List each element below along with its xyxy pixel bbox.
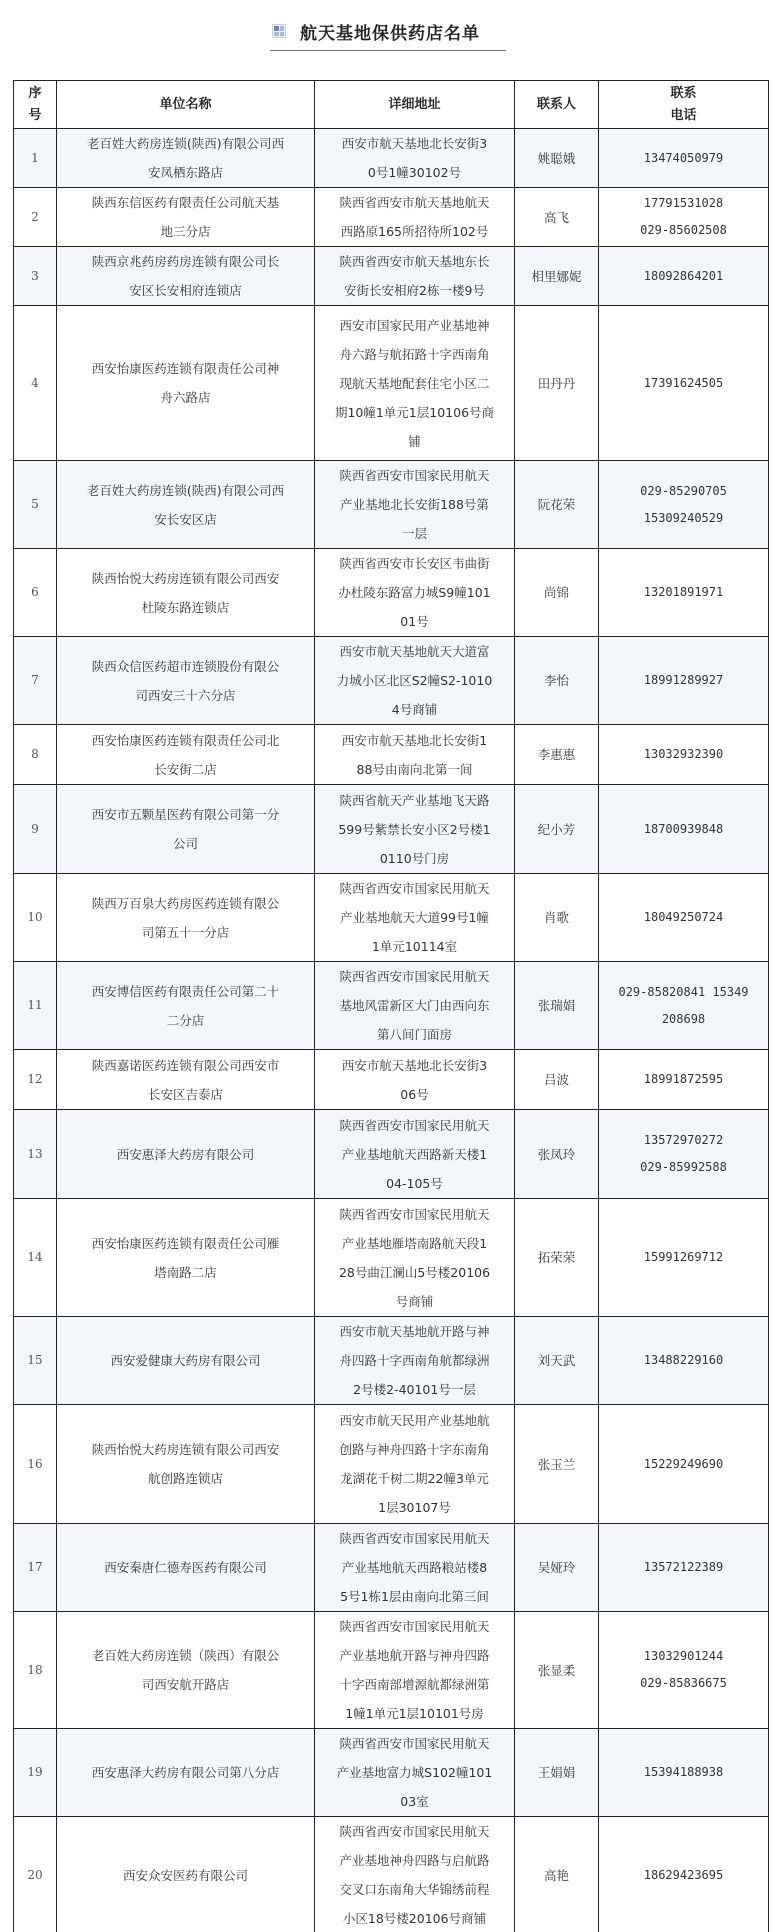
cell-name: 老百姓大药房连锁(陕西)有限公司西安长安区店 (57, 461, 315, 549)
cell-contact: 田丹丹 (515, 306, 599, 461)
phone-line: 17791531028 (603, 190, 764, 217)
cell-name: 老百姓大药房连锁（陕西）有限公司西安航开路店 (57, 1612, 315, 1729)
cell-contact: 李怡 (515, 637, 599, 725)
name-line: 杜陵东路连锁店 (61, 593, 310, 622)
table-row: 7陕西众信医药超市连锁股份有限公司西安三十六分店西安市航天基地航天大道富力城小区… (14, 637, 769, 725)
cell-contact: 纪小芳 (515, 785, 599, 874)
address-line: 0号1幢30102号 (319, 158, 510, 187)
cell-index: 18 (14, 1612, 57, 1729)
name-line: 塔南路二店 (61, 1258, 310, 1287)
table-row: 11西安博信医药有限责任公司第二十二分店陕西省西安市国家民用航天基地风雷新区大门… (14, 962, 769, 1050)
cell-address: 陕西省西安市航天基地东长安街长安相府2栋一楼9号 (315, 247, 515, 306)
phone-line: 13572122389 (603, 1554, 764, 1581)
cell-phone: 18629423695 (599, 1817, 769, 1932)
cell-contact: 张凤玲 (515, 1110, 599, 1199)
cell-phone: 029-8529070515309240529 (599, 461, 769, 549)
cell-name: 陕西京兆药房药房连锁有限公司长安区长安相府连锁店 (57, 247, 315, 306)
phone-line: 18700939848 (603, 816, 764, 843)
phone-line: 18991289927 (603, 667, 764, 694)
header-contact: 联系人 (515, 81, 599, 129)
address-line: 陕西省西安市航天基地航天 (319, 188, 510, 217)
address-line: 第八间门面房 (319, 1020, 510, 1049)
cell-address: 西安市国家民用产业基地神舟六路与航拓路十字西南角现航天基地配套住宅小区二期10幢… (315, 306, 515, 461)
table-header-row: 序 号 单位名称 详细地址 联系人 联系 电话 (14, 81, 769, 129)
cell-contact: 张瑞娟 (515, 962, 599, 1050)
table-row: 5老百姓大药房连锁(陕西)有限公司西安长安区店陕西省西安市国家民用航天产业基地北… (14, 461, 769, 549)
pharmacy-table: 序 号 单位名称 详细地址 联系人 联系 电话 1老百姓大药房连锁(陕西)有限公… (13, 80, 769, 1932)
table-row: 8西安怡康医药连锁有限责任公司北长安街二店西安市航天基地北长安街188号由南向北… (14, 725, 769, 785)
cell-contact: 相里娜妮 (515, 247, 599, 306)
cell-address: 陕西省西安市国家民用航天产业基地航天西路粮站楼85号1栋1层由南向北第三间 (315, 1524, 515, 1612)
address-line: 号商铺 (319, 1287, 510, 1316)
cell-index: 6 (14, 549, 57, 637)
address-line: 陕西省西安市国家民用航天 (319, 1817, 510, 1846)
cell-index: 15 (14, 1317, 57, 1405)
name-line: 西安博信医药有限责任公司第二十 (61, 977, 310, 1006)
name-line: 司第五十一分店 (61, 918, 310, 947)
phone-line: 029-85290705 (603, 478, 764, 505)
address-line: 西安市国家民用产业基地神 (319, 311, 510, 340)
cell-index: 19 (14, 1729, 57, 1817)
table-row: 2陕西东信医药有限责任公司航天基地三分店陕西省西安市航天基地航天西路原165所招… (14, 188, 769, 247)
address-line: 小区18号楼20106号商铺 (319, 1904, 510, 1932)
cell-index: 20 (14, 1817, 57, 1932)
cell-name: 陕西怡悦大药房连锁有限公司西安航创路连锁店 (57, 1405, 315, 1524)
address-line: 西安市航天基地航天大道富 (319, 637, 510, 666)
name-line: 司西安航开路店 (61, 1670, 310, 1699)
name-line: 安凤栖东路店 (61, 158, 310, 187)
name-line: 西安市五颗星医药有限公司第一分 (61, 800, 310, 829)
name-line: 陕西万百泉大药房医药连锁有限公 (61, 889, 310, 918)
cell-address: 陕西省西安市国家民用航天产业基地航天大道99号1幢1单元10114室 (315, 874, 515, 962)
cell-phone: 18700939848 (599, 785, 769, 874)
cell-name: 陕西嘉诺医药连锁有限公司西安市长安区吉泰店 (57, 1050, 315, 1110)
phone-line: 13488229160 (603, 1347, 764, 1374)
name-line: 陕西嘉诺医药连锁有限公司西安市 (61, 1051, 310, 1080)
name-line: 西安惠泽大药房有限公司第八分店 (61, 1758, 310, 1787)
phone-line: 13572970272 (603, 1127, 764, 1154)
grid-icon (272, 24, 286, 38)
cell-phone: 18092864201 (599, 247, 769, 306)
name-line: 西安惠泽大药房有限公司 (61, 1140, 310, 1169)
name-line: 地三分店 (61, 217, 310, 246)
address-line: 5号1栋1层由南向北第三间 (319, 1582, 510, 1611)
address-line: 28号曲江澜山5号楼20106 (319, 1258, 510, 1287)
cell-index: 13 (14, 1110, 57, 1199)
phone-line: 18629423695 (603, 1862, 764, 1889)
phone-line: 029-85820841 15349 (603, 979, 764, 1006)
address-line: 1幢1单元1层10101号房 (319, 1699, 510, 1728)
address-line: 陕西省西安市国家民用航天 (319, 461, 510, 490)
cell-contact: 尚锦 (515, 549, 599, 637)
phone-line: 13032901244 (603, 1643, 764, 1670)
address-line: 西路原165所招待所102号 (319, 217, 510, 246)
cell-index: 12 (14, 1050, 57, 1110)
table-row: 4西安怡康医药连锁有限责任公司神舟六路店西安市国家民用产业基地神舟六路与航拓路十… (14, 306, 769, 461)
address-line: 十字西南部增源航都绿洲第 (319, 1670, 510, 1699)
cell-name: 陕西怡悦大药房连锁有限公司西安杜陵东路连锁店 (57, 549, 315, 637)
address-line: 交叉口东南角大华锦绣前程 (319, 1875, 510, 1904)
cell-name: 西安惠泽大药房有限公司第八分店 (57, 1729, 315, 1817)
name-line: 安长安区店 (61, 505, 310, 534)
cell-address: 陕西省西安市国家民用航天产业基地雁塔南路航天段128号曲江澜山5号楼20106号… (315, 1199, 515, 1317)
table-row: 16陕西怡悦大药房连锁有限公司西安航创路连锁店西安市航天民用产业基地航创路与神舟… (14, 1405, 769, 1524)
cell-address: 西安市航天基地北长安街306号 (315, 1050, 515, 1110)
table-row: 6陕西怡悦大药房连锁有限公司西安杜陵东路连锁店陕西省西安市长安区韦曲街办杜陵东路… (14, 549, 769, 637)
cell-name: 西安怡康医药连锁有限责任公司北长安街二店 (57, 725, 315, 785)
cell-name: 陕西万百泉大药房医药连锁有限公司第五十一分店 (57, 874, 315, 962)
address-line: 办杜陵东路富力城S9幢101 (319, 578, 510, 607)
cell-index: 1 (14, 129, 57, 188)
cell-phone: 13032901244029-85836675 (599, 1612, 769, 1729)
cell-contact: 刘天武 (515, 1317, 599, 1405)
cell-name: 西安惠泽大药房有限公司 (57, 1110, 315, 1199)
cell-contact: 高艳 (515, 1817, 599, 1932)
address-line: 西安市航天基地北长安街1 (319, 726, 510, 755)
table-row: 12陕西嘉诺医药连锁有限公司西安市长安区吉泰店西安市航天基地北长安街306号吕波… (14, 1050, 769, 1110)
cell-contact: 王娟娟 (515, 1729, 599, 1817)
name-line: 陕西众信医药超市连锁股份有限公 (61, 652, 310, 681)
address-line: 陕西省西安市国家民用航天 (319, 1111, 510, 1140)
address-line: 龙湖花千树二期22幢3单元 (319, 1464, 510, 1493)
cell-index: 2 (14, 188, 57, 247)
name-line: 西安怡康医药连锁有限责任公司北 (61, 726, 310, 755)
cell-address: 西安市航天基地北长安街188号由南向北第一间 (315, 725, 515, 785)
cell-contact: 阮花荣 (515, 461, 599, 549)
address-line: 西安市航天民用产业基地航 (319, 1406, 510, 1435)
table-row: 14西安怡康医药连锁有限责任公司雁塔南路二店陕西省西安市国家民用航天产业基地雁塔… (14, 1199, 769, 1317)
cell-name: 西安秦唐仁德寿医药有限公司 (57, 1524, 315, 1612)
cell-address: 陕西省西安市国家民用航天产业基地富力城S102幢10103室 (315, 1729, 515, 1817)
table-row: 20西安众安医药有限公司陕西省西安市国家民用航天产业基地神舟四路与启航路交叉口东… (14, 1817, 769, 1932)
address-line: 陕西省西安市航天基地东长 (319, 247, 510, 276)
cell-index: 7 (14, 637, 57, 725)
cell-phone: 13474050979 (599, 129, 769, 188)
name-line: 二分店 (61, 1006, 310, 1035)
cell-index: 9 (14, 785, 57, 874)
table-row: 1老百姓大药房连锁(陕西)有限公司西安凤栖东路店西安市航天基地北长安街30号1幢… (14, 129, 769, 188)
name-line: 航创路连锁店 (61, 1464, 310, 1493)
address-line: 安街长安相府2栋一楼9号 (319, 276, 510, 305)
cell-index: 4 (14, 306, 57, 461)
address-line: 现航天基地配套住宅小区二 (319, 369, 510, 398)
cell-name: 西安博信医药有限责任公司第二十二分店 (57, 962, 315, 1050)
name-line: 西安秦唐仁德寿医药有限公司 (61, 1553, 310, 1582)
cell-name: 陕西众信医药超市连锁股份有限公司西安三十六分店 (57, 637, 315, 725)
address-line: 88号由南向北第一间 (319, 755, 510, 784)
address-line: 陕西省西安市国家民用航天 (319, 874, 510, 903)
cell-phone: 17791531028029-85602508 (599, 188, 769, 247)
cell-index: 10 (14, 874, 57, 962)
cell-phone: 15991269712 (599, 1199, 769, 1317)
cell-phone: 18991872595 (599, 1050, 769, 1110)
name-line: 安区长安相府连锁店 (61, 276, 310, 305)
cell-phone: 15394188938 (599, 1729, 769, 1817)
cell-address: 陕西省西安市长安区韦曲街办杜陵东路富力城S9幢10101号 (315, 549, 515, 637)
address-line: 04-105号 (319, 1169, 510, 1198)
phone-line: 13474050979 (603, 145, 764, 172)
address-line: 西安市航天基地北长安街3 (319, 1051, 510, 1080)
cell-name: 陕西东信医药有限责任公司航天基地三分店 (57, 188, 315, 247)
table-row: 13西安惠泽大药房有限公司陕西省西安市国家民用航天产业基地航天西路新天楼104-… (14, 1110, 769, 1199)
address-line: 西安市航天基地北长安街3 (319, 129, 510, 158)
cell-name: 西安怡康医药连锁有限责任公司雁塔南路二店 (57, 1199, 315, 1317)
table-row: 15西安爱健康大药房有限公司西安市航天基地航开路与神舟四路十字西南角航都绿洲2号… (14, 1317, 769, 1405)
cell-address: 陕西省西安市国家民用航天产业基地北长安街188号第一层 (315, 461, 515, 549)
address-line: 4号商铺 (319, 695, 510, 724)
table-body: 1老百姓大药房连锁(陕西)有限公司西安凤栖东路店西安市航天基地北长安街30号1幢… (14, 129, 769, 1932)
phone-line: 15991269712 (603, 1244, 764, 1271)
name-line: 陕西京兆药房药房连锁有限公司长 (61, 247, 310, 276)
cell-phone: 13572122389 (599, 1524, 769, 1612)
cell-phone: 13572970272029-85992588 (599, 1110, 769, 1199)
phone-line: 029-85602508 (603, 217, 764, 244)
phone-line: 18049250724 (603, 904, 764, 931)
address-line: 陕西省西安市国家民用航天 (319, 1524, 510, 1553)
address-line: 陕西省西安市国家民用航天 (319, 1729, 510, 1758)
name-line: 西安众安医药有限公司 (61, 1861, 310, 1890)
phone-line: 029-85992588 (603, 1154, 764, 1181)
cell-address: 西安市航天基地北长安街30号1幢30102号 (315, 129, 515, 188)
cell-contact: 吴娅玲 (515, 1524, 599, 1612)
name-line: 老百姓大药房连锁(陕西)有限公司西 (61, 129, 310, 158)
name-line: 陕西怡悦大药房连锁有限公司西安 (61, 1435, 310, 1464)
phone-line: 15309240529 (603, 505, 764, 532)
cell-index: 11 (14, 962, 57, 1050)
cell-contact: 肖歌 (515, 874, 599, 962)
cell-address: 陕西省西安市国家民用航天产业基地神舟四路与启航路交叉口东南角大华锦绣前程小区18… (315, 1817, 515, 1932)
cell-phone: 13032932390 (599, 725, 769, 785)
cell-address: 陕西省西安市国家民用航天产业基地航天西路新天楼104-105号 (315, 1110, 515, 1199)
address-line: 产业基地航天西路新天楼1 (319, 1140, 510, 1169)
table-row: 17西安秦唐仁德寿医药有限公司陕西省西安市国家民用航天产业基地航天西路粮站楼85… (14, 1524, 769, 1612)
name-line: 陕西怡悦大药房连锁有限公司西安 (61, 564, 310, 593)
address-line: 产业基地航天大道99号1幢 (319, 903, 510, 932)
cell-contact: 吕波 (515, 1050, 599, 1110)
cell-address: 陕西省西安市国家民用航天产业基地航开路与神舟四路十字西南部增源航都绿洲第1幢1单… (315, 1612, 515, 1729)
name-line: 舟六路店 (61, 383, 310, 412)
phone-line: 17391624505 (603, 370, 764, 397)
address-line: 期10幢1单元1层10106号商 (319, 398, 510, 427)
address-line: 1层30107号 (319, 1493, 510, 1522)
address-line: 产业基地神舟四路与启航路 (319, 1846, 510, 1875)
cell-name: 西安市五颗星医药有限公司第一分公司 (57, 785, 315, 874)
phone-line: 15394188938 (603, 1759, 764, 1786)
cell-phone: 029-85820841 15349208698 (599, 962, 769, 1050)
title-text: 航天基地保供药店名单 (300, 19, 480, 44)
address-line: 1单元10114室 (319, 932, 510, 961)
cell-index: 8 (14, 725, 57, 785)
address-line: 产业基地富力城S102幢101 (319, 1758, 510, 1787)
cell-index: 14 (14, 1199, 57, 1317)
cell-address: 西安市航天基地航天大道富力城小区北区S2幢S2-10104号商铺 (315, 637, 515, 725)
name-line: 西安怡康医药连锁有限责任公司神 (61, 354, 310, 383)
address-line: 陕西省航天产业基地飞天路 (319, 786, 510, 815)
address-line: 基地风雷新区大门由西向东 (319, 991, 510, 1020)
address-line: 产业基地雁塔南路航天段1 (319, 1229, 510, 1258)
cell-index: 3 (14, 247, 57, 306)
address-line: 产业基地航开路与神舟四路 (319, 1641, 510, 1670)
address-line: 铺 (319, 427, 510, 456)
cell-contact: 高飞 (515, 188, 599, 247)
table-row: 19西安惠泽大药房有限公司第八分店陕西省西安市国家民用航天产业基地富力城S102… (14, 1729, 769, 1817)
name-line: 司西安三十六分店 (61, 681, 310, 710)
cell-phone: 13488229160 (599, 1317, 769, 1405)
address-line: 2号楼2-40101号一层 (319, 1375, 510, 1404)
address-line: 陕西省西安市长安区韦曲街 (319, 549, 510, 578)
cell-name: 西安众安医药有限公司 (57, 1817, 315, 1932)
cell-name: 西安怡康医药连锁有限责任公司神舟六路店 (57, 306, 315, 461)
address-line: 力城小区北区S2幢S2-1010 (319, 666, 510, 695)
address-line: 舟六路与航拓路十字西南角 (319, 340, 510, 369)
cell-phone: 13201891971 (599, 549, 769, 637)
phone-line: 208698 (603, 1006, 764, 1033)
address-line: 陕西省西安市国家民用航天 (319, 1200, 510, 1229)
cell-address: 陕西省西安市航天基地航天西路原165所招待所102号 (315, 188, 515, 247)
name-line: 老百姓大药房连锁(陕西)有限公司西 (61, 476, 310, 505)
header-phone: 联系 电话 (599, 81, 769, 129)
name-line: 陕西东信医药有限责任公司航天基 (61, 188, 310, 217)
address-line: 产业基地航天西路粮站楼8 (319, 1553, 510, 1582)
name-line: 长安区吉泰店 (61, 1080, 310, 1109)
name-line: 西安爱健康大药房有限公司 (61, 1346, 310, 1375)
header-address: 详细地址 (315, 81, 515, 129)
address-line: 599号紫禁长安小区2号楼1 (319, 815, 510, 844)
name-line: 老百姓大药房连锁（陕西）有限公 (61, 1641, 310, 1670)
cell-contact: 姚聪娥 (515, 129, 599, 188)
name-line: 西安怡康医药连锁有限责任公司雁 (61, 1229, 310, 1258)
address-line: 一层 (319, 519, 510, 548)
cell-address: 陕西省航天产业基地飞天路599号紫禁长安小区2号楼10110号门房 (315, 785, 515, 874)
address-line: 创路与神舟四路十字东南角 (319, 1435, 510, 1464)
header-index: 序 号 (14, 81, 57, 129)
cell-phone: 18991289927 (599, 637, 769, 725)
header-name: 单位名称 (57, 81, 315, 129)
table-row: 18老百姓大药房连锁（陕西）有限公司西安航开路店陕西省西安市国家民用航天产业基地… (14, 1612, 769, 1729)
cell-address: 西安市航天基地航开路与神舟四路十字西南角航都绿洲2号楼2-40101号一层 (315, 1317, 515, 1405)
cell-name: 西安爱健康大药房有限公司 (57, 1317, 315, 1405)
address-line: 0110号门房 (319, 844, 510, 873)
address-line: 01号 (319, 607, 510, 636)
cell-index: 17 (14, 1524, 57, 1612)
address-line: 西安市航天基地航开路与神 (319, 1317, 510, 1346)
cell-index: 16 (14, 1405, 57, 1524)
cell-address: 陕西省西安市国家民用航天基地风雷新区大门由西向东第八间门面房 (315, 962, 515, 1050)
phone-line: 13201891971 (603, 579, 764, 606)
phone-line: 13032932390 (603, 741, 764, 768)
phone-line: 18991872595 (603, 1066, 764, 1093)
name-line: 公司 (61, 829, 310, 858)
cell-contact: 拓荣荣 (515, 1199, 599, 1317)
name-line: 长安街二店 (61, 755, 310, 784)
address-line: 陕西省西安市国家民用航天 (319, 1612, 510, 1641)
cell-index: 5 (14, 461, 57, 549)
table-row: 10陕西万百泉大药房医药连锁有限公司第五十一分店陕西省西安市国家民用航天产业基地… (14, 874, 769, 962)
address-line: 陕西省西安市国家民用航天 (319, 962, 510, 991)
phone-line: 18092864201 (603, 263, 764, 290)
cell-contact: 李惠惠 (515, 725, 599, 785)
cell-contact: 张显柔 (515, 1612, 599, 1729)
phone-line: 15229249690 (603, 1451, 764, 1478)
cell-phone: 17391624505 (599, 306, 769, 461)
table-row: 3陕西京兆药房药房连锁有限公司长安区长安相府连锁店陕西省西安市航天基地东长安街长… (14, 247, 769, 306)
address-line: 产业基地北长安街188号第 (319, 490, 510, 519)
cell-address: 西安市航天民用产业基地航创路与神舟四路十字东南角龙湖花千树二期22幢3单元1层3… (315, 1405, 515, 1524)
table-row: 9西安市五颗星医药有限公司第一分公司陕西省航天产业基地飞天路599号紫禁长安小区… (14, 785, 769, 874)
address-line: 06号 (319, 1080, 510, 1109)
page-title: 航天基地保供药店名单 (270, 16, 506, 51)
phone-line: 029-85836675 (603, 1670, 764, 1697)
address-line: 03室 (319, 1787, 510, 1816)
cell-phone: 18049250724 (599, 874, 769, 962)
address-line: 舟四路十字西南角航都绿洲 (319, 1346, 510, 1375)
cell-name: 老百姓大药房连锁(陕西)有限公司西安凤栖东路店 (57, 129, 315, 188)
cell-phone: 15229249690 (599, 1405, 769, 1524)
cell-contact: 张玉兰 (515, 1405, 599, 1524)
